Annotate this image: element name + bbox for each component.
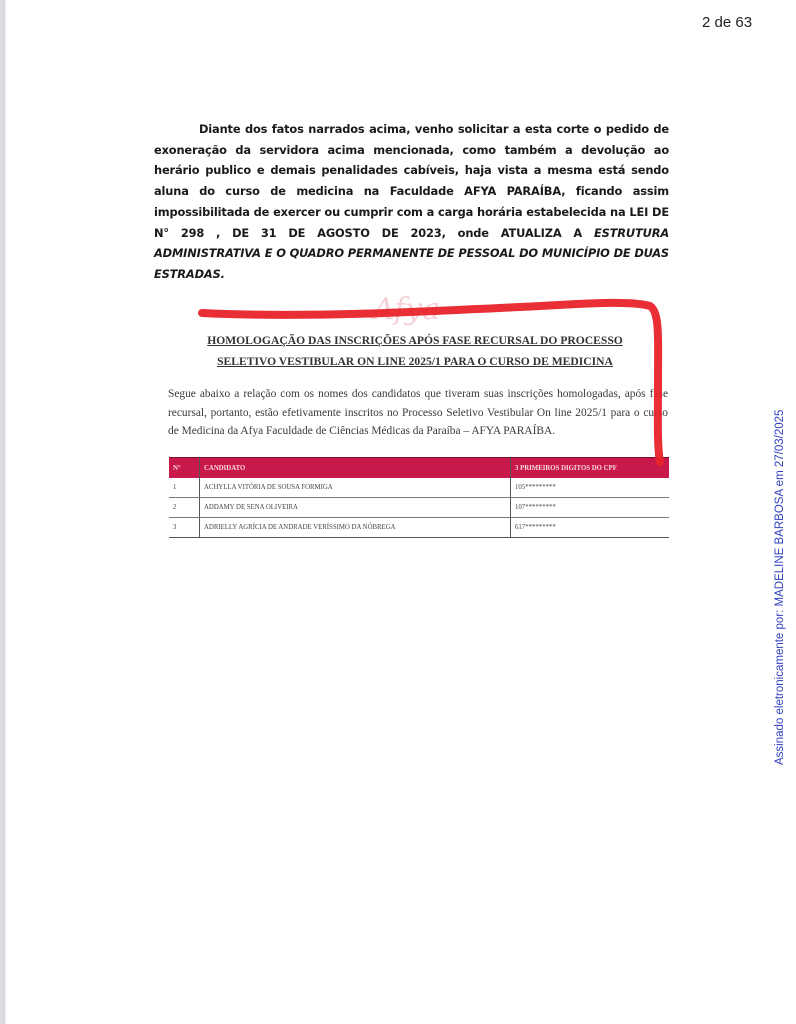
cell-number: 2 [169,498,200,518]
pasted-screenshot-clipping: Afya HOMOLOGAÇÃO DAS INSCRIÇÕES APÓS FAS… [165,300,675,550]
electronic-signature-stamp: Assinado eletronicamente por: MADELINE B… [774,410,786,765]
clipping-title-line2: SELETIVO VESTIBULAR ON LINE 2025/1 PARA … [165,351,665,372]
cell-candidate: ACHYLLA VITÓRIA DE SOUSA FORMIGA [200,478,511,498]
letter-paragraph: Diante dos fatos narrados acima, venho s… [154,119,669,285]
header-cpf: 3 PRIMEIROS DIGITOS DO CPF [511,458,670,479]
page-counter: 2 de 63 [702,14,752,31]
table-row: 1 ACHYLLA VITÓRIA DE SOUSA FORMIGA 105**… [169,478,669,498]
letter-text: Diante dos fatos narrados acima, venho s… [154,122,669,240]
header-candidate: CANDIDATO [200,458,511,479]
header-number: N° [169,458,200,479]
viewer-left-edge [0,0,6,1024]
cell-cpf: 105********* [511,478,670,498]
clipping-paragraph: Segue abaixo a relação com os nomes dos … [168,385,668,441]
clipping-title-line1: HOMOLOGAÇÃO DAS INSCRIÇÕES APÓS FASE REC… [165,330,665,351]
cell-cpf: 107********* [511,498,670,518]
cell-candidate: ADDAMY DE SENA OLIVEIRA [200,498,511,518]
clipping-title: HOMOLOGAÇÃO DAS INSCRIÇÕES APÓS FASE REC… [165,330,665,372]
cell-candidate: ADRIELLY AGRÍCIA DE ANDRADE VERÍSSIMO DA… [200,518,511,538]
cell-number: 3 [169,518,200,538]
candidates-table: N° CANDIDATO 3 PRIMEIROS DIGITOS DO CPF … [169,457,669,538]
afya-watermark: Afya [373,292,440,327]
table-header-row: N° CANDIDATO 3 PRIMEIROS DIGITOS DO CPF [169,458,669,479]
cell-cpf: 617********* [511,518,670,538]
cell-number: 1 [169,478,200,498]
table-row: 2 ADDAMY DE SENA OLIVEIRA 107********* [169,498,669,518]
table-row: 3 ADRIELLY AGRÍCIA DE ANDRADE VERÍSSIMO … [169,518,669,538]
